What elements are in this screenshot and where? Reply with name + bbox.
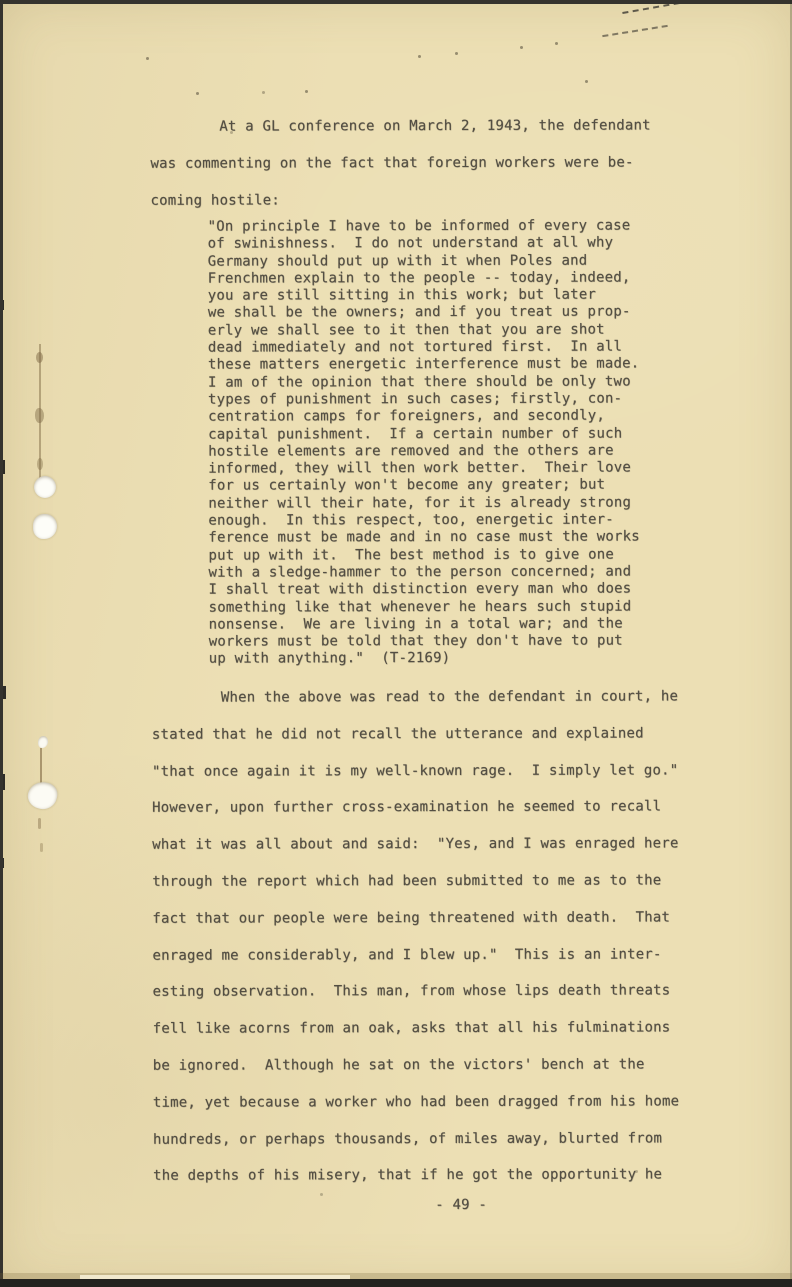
scan-edge-top (0, 0, 792, 4)
paper-speck (262, 91, 265, 94)
blockquote: "On principle I have to be informed of e… (208, 218, 641, 669)
paper-speck (418, 55, 421, 58)
scanned-page: At a GL conference on March 2, 1943, the… (0, 0, 792, 1287)
staple-scar (37, 458, 43, 470)
punch-hole-top (34, 476, 56, 498)
tear-scar (40, 843, 43, 852)
tear-scar (38, 818, 41, 829)
body-paragraph: When the above was read to the defendant… (152, 678, 680, 1195)
paper-speck (230, 131, 233, 134)
staple-scar (36, 352, 43, 363)
scan-edge-bottom (0, 1279, 792, 1287)
paper-speck (520, 46, 523, 49)
scan-edge-left (0, 0, 3, 1287)
intro-paragraph: At a GL conference on March 2, 1943, the… (150, 107, 651, 219)
paper-speck (555, 42, 558, 45)
paper-speck (146, 57, 149, 60)
page-number: - 49 - (181, 1196, 741, 1213)
punch-hole-bottom (33, 514, 57, 539)
pencil-dash-mark (602, 25, 668, 37)
paper-speck (320, 1193, 323, 1196)
tear-hole-large (25, 779, 60, 812)
paper-speck (635, 1170, 638, 1173)
paper-speck (305, 90, 308, 93)
paper: At a GL conference on March 2, 1943, the… (0, 0, 792, 1287)
staple-scar (35, 408, 44, 423)
paper-speck (196, 92, 199, 95)
paper-speck (585, 80, 588, 83)
tear-hole-small (38, 736, 48, 748)
paper-speck (455, 52, 458, 55)
